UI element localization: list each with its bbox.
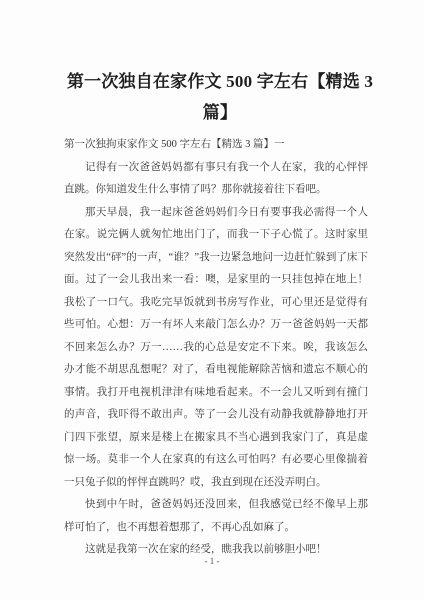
essay-paragraph: 记得有一次爸爸妈妈都有事只有我一个人在家，我的心怦怦直跳。你知道发生什么事情了吗… bbox=[64, 157, 368, 202]
page-number: - 1 - bbox=[0, 556, 424, 566]
essay-paragraph: 快到中午时，爸爸妈妈还没回来，但我感觉已经不像早上那样可怕了，也不再想着想那了，… bbox=[64, 494, 368, 539]
page-title: 第一次独自在家作文 500 字左右【精选 3 篇】 bbox=[64, 66, 376, 128]
essay-paragraph: 那天早晨，我一起床爸爸妈妈们今日有要事我必需得一个人在家。说完俩人就匆忙地出门了… bbox=[64, 202, 368, 495]
essay-paragraph: 第一次独拘束家作文 500 字左右【精选 3 篇】一 bbox=[64, 134, 368, 157]
essay-body: 第一次独拘束家作文 500 字左右【精选 3 篇】一记得有一次爸爸妈妈都有事只有… bbox=[64, 134, 368, 562]
document-page: 第一次独自在家作文 500 字左右【精选 3 篇】 第一次独拘束家作文 500 … bbox=[0, 0, 424, 600]
